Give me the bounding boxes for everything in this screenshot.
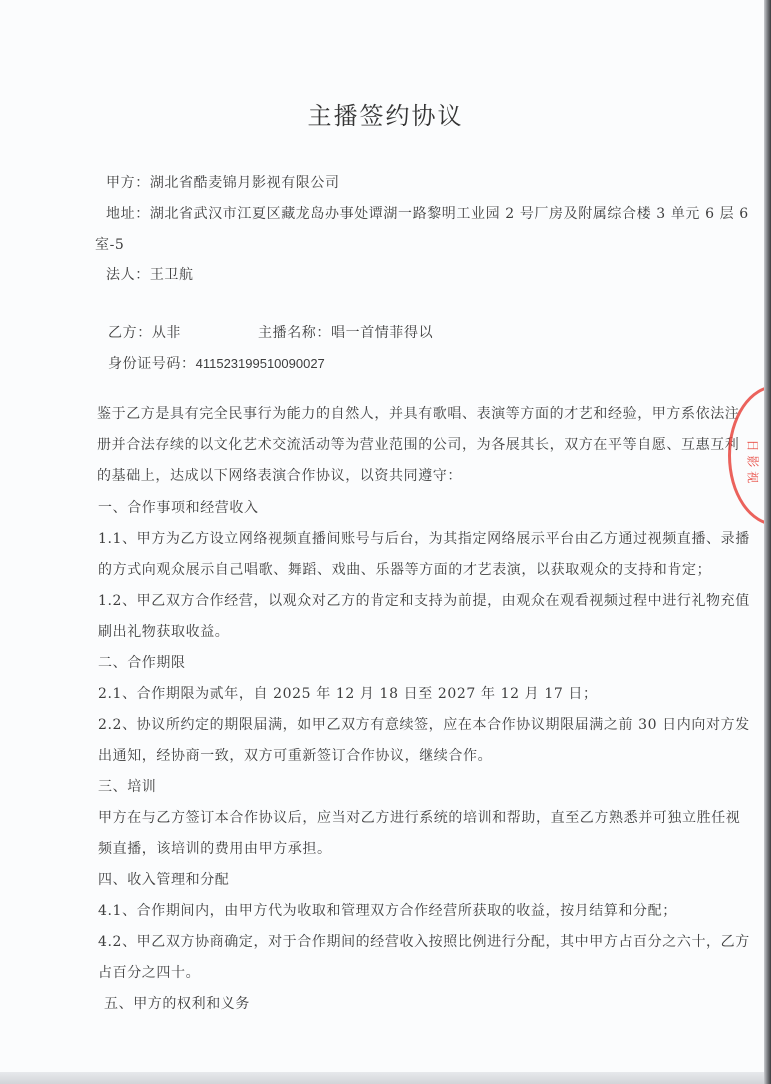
page-bottom-edge [0, 1072, 771, 1084]
party-a-label: 甲方： [106, 175, 150, 191]
clause-line: 出通知，经协商一致，双方可重新签订合作协议，继续合作。 [98, 745, 492, 765]
party-a-line: 甲方：湖北省酷麦锦月影视有限公司 [106, 172, 340, 192]
clause-line: 占百分之四十。 [98, 962, 200, 982]
company-seal-text: 日 影 视 [745, 440, 760, 456]
clause-line: 4.1、合作期间内，由甲方代为收取和管理双方合作经营所获取的收益，按月结算和分配… [98, 900, 677, 920]
clause-line: 2.1、合作期限为贰年，自 2025 年 12 月 18 日至 2027 年 1… [98, 683, 598, 703]
party-b-value: 从非 [152, 325, 181, 341]
section-heading: 二、合作期限 [98, 652, 186, 672]
section-heading: 一、合作事项和经营收入 [98, 497, 259, 517]
address-line-2: 室-5 [95, 234, 124, 254]
anchor-name-line: 主播名称：唱一首情菲得以 [258, 322, 433, 342]
section-heading: 五、甲方的权利和义务 [104, 993, 250, 1013]
clause-line: 刷出礼物获取收益。 [98, 621, 229, 641]
clause-line: 频直播，该培训的费用由甲方承担。 [98, 838, 332, 858]
clause-line: 1.1、甲方为乙方设立网络视频直播间账号与后台，为其指定网络展示平台由乙方通过视… [98, 528, 750, 548]
legal-rep-value: 王卫航 [150, 267, 194, 283]
section-heading: 三、培训 [98, 776, 156, 796]
clause-line: 的方式向观众展示自己唱歌、舞蹈、戏曲、乐器等方面的才艺表演，以获取观众的支持和肯… [98, 559, 711, 579]
document-title: 主播签约协议 [0, 96, 771, 131]
address-label: 地址： [106, 206, 150, 222]
clause-line: 1.2、甲乙双方合作经营，以观众对乙方的肯定和支持为前提，由观众在观看视频过程中… [98, 590, 750, 610]
section-heading: 四、收入管理和分配 [98, 869, 229, 889]
legal-rep-label: 法人： [106, 267, 150, 283]
document-page: 主播签约协议 甲方：湖北省酷麦锦月影视有限公司 地址：湖北省武汉市江夏区藏龙岛办… [0, 0, 766, 1074]
clause-line: 2.2、协议所约定的期限届满，如甲乙双方有意续签，应在本合作协议期限届满之前 3… [98, 714, 750, 734]
party-b-label: 乙方： [108, 325, 152, 341]
party-a-value: 湖北省酷麦锦月影视有限公司 [150, 175, 340, 191]
party-b-line: 乙方：从非 [108, 322, 181, 342]
id-number-line: 身份证号码：411523199510090027 [108, 353, 325, 373]
preamble-line: 的基础上，达成以下网络表演合作协议，以资共同遵守： [97, 465, 462, 485]
clause-line: 4.2、甲乙双方协商确定，对于合作期间的经营收入按照比例进行分配，其中甲方占百分… [98, 931, 750, 951]
id-number-value: 411523199510090027 [196, 356, 325, 371]
id-number-label: 身份证号码： [108, 356, 196, 372]
preamble-line: 鉴于乙方是具有完全民事行为能力的自然人，并具有歌唱、表演等方面的才艺和经验，甲方… [97, 403, 739, 423]
legal-rep-line: 法人：王卫航 [106, 264, 194, 284]
anchor-name-value: 唱一首情菲得以 [331, 325, 433, 341]
address-value-1: 湖北省武汉市江夏区藏龙岛办事处谭湖一路黎明工业园 2 号厂房及附属综合楼 3 单… [150, 206, 749, 222]
preamble-line: 册并合法存续的以文化艺术交流活动等为营业范围的公司，为各展其长，双方在平等自愿、… [97, 434, 739, 454]
address-line-1: 地址：湖北省武汉市江夏区藏龙岛办事处谭湖一路黎明工业园 2 号厂房及附属综合楼 … [106, 203, 749, 223]
page-right-edge [764, 0, 771, 1084]
clause-line: 甲方在与乙方签订本合作协议后，应当对乙方进行系统的培训和帮助，直至乙方熟悉并可独… [98, 807, 740, 827]
anchor-name-label: 主播名称： [258, 325, 331, 341]
